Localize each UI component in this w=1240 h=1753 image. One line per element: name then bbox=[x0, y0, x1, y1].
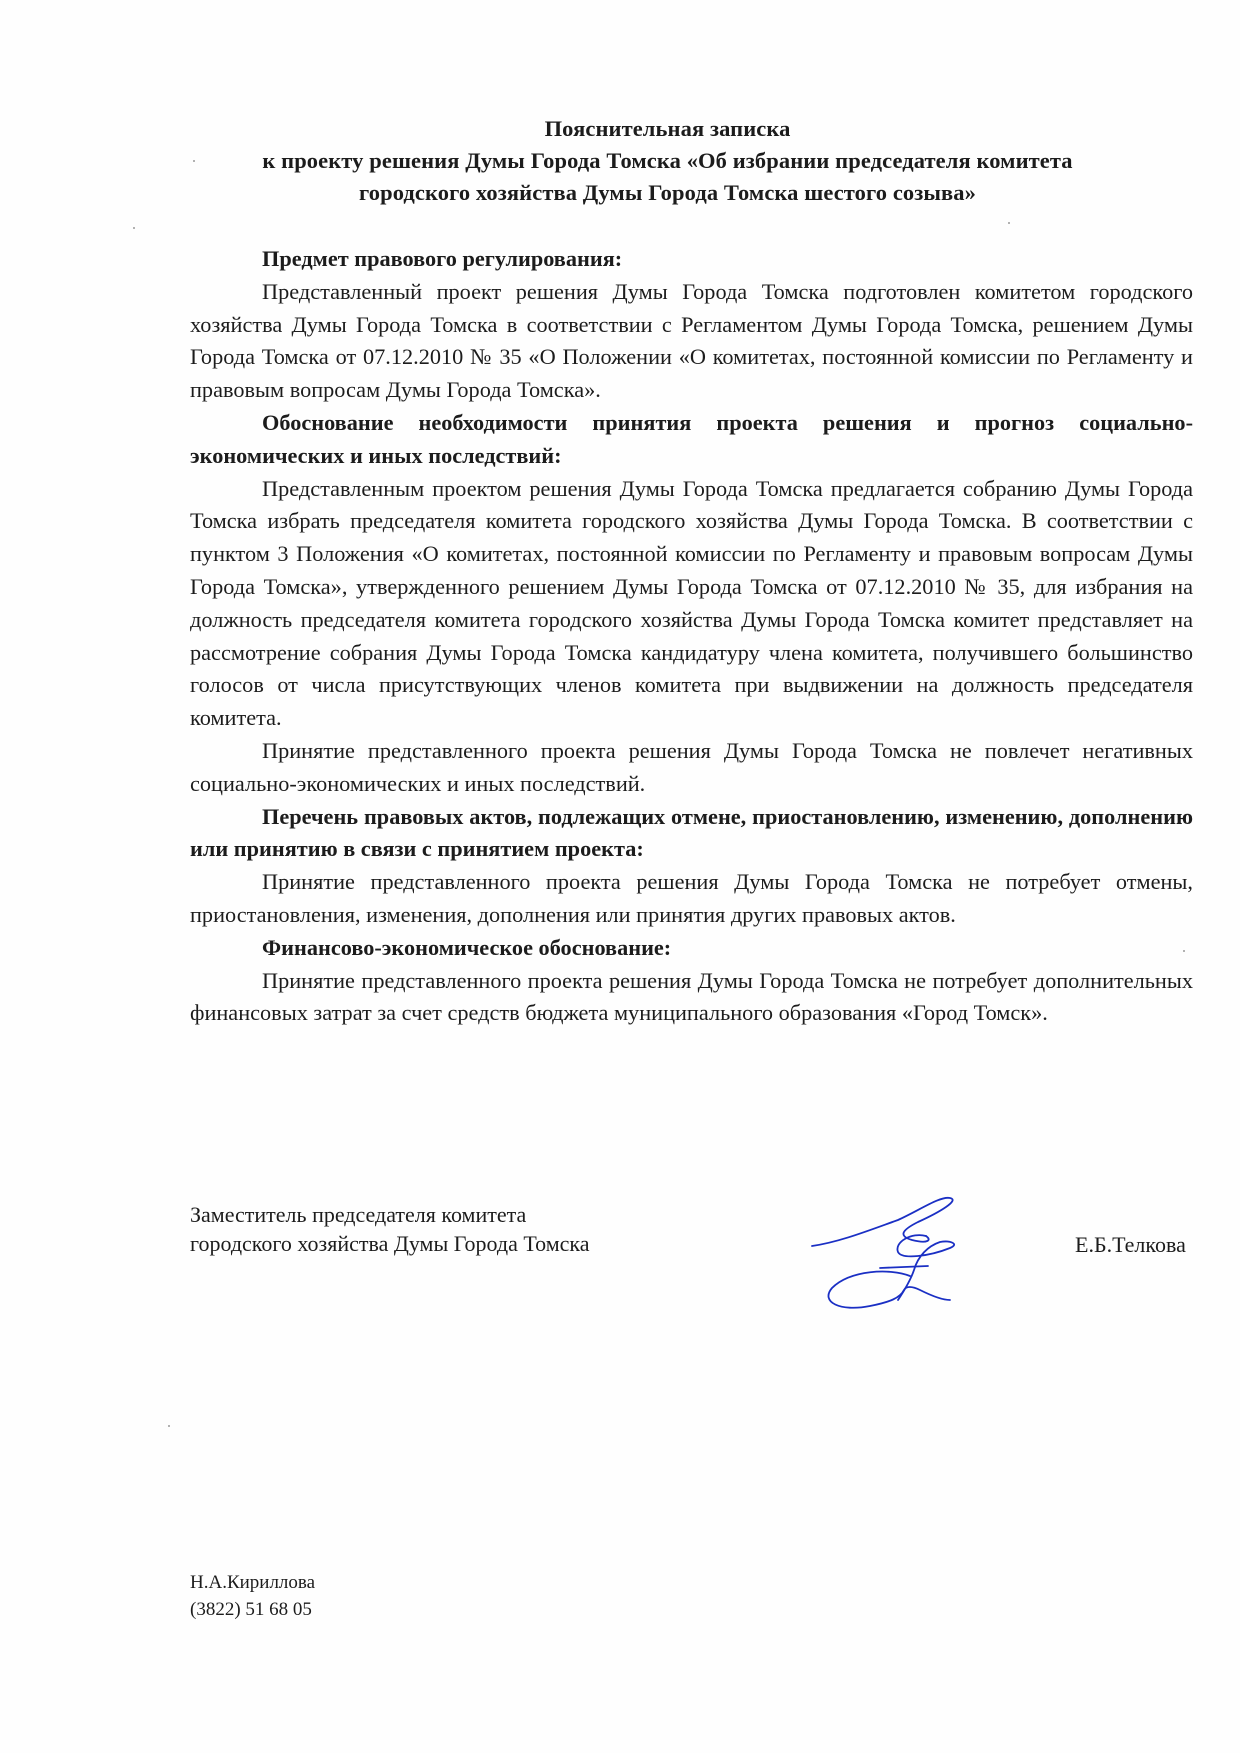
executor-name: Н.А.Кириллова bbox=[190, 1569, 315, 1596]
executor-phone: (3822) 51 68 05 bbox=[190, 1596, 315, 1623]
scan-speck bbox=[168, 1425, 170, 1427]
signatory-position-line-2: городского хозяйства Думы Города Томска bbox=[190, 1229, 590, 1258]
document-title: Пояснительная записка к проекту решения … bbox=[190, 113, 1145, 209]
section-heading-financial: Финансово-экономическое обоснование: bbox=[190, 932, 1193, 965]
section-heading-legal-subject: Предмет правового регулирования: bbox=[190, 243, 1193, 276]
title-line-2: к проекту решения Думы Города Томска «Об… bbox=[190, 145, 1145, 177]
document-body: Предмет правового регулирования: Предста… bbox=[190, 243, 1193, 1030]
section-heading-legal-acts-list: Перечень правовых актов, подлежащих отме… bbox=[190, 801, 1193, 867]
handwritten-signature-icon bbox=[800, 1190, 1000, 1320]
scan-speck bbox=[133, 227, 135, 229]
executor-info: Н.А.Кириллова (3822) 51 68 05 bbox=[190, 1569, 315, 1623]
section-paragraph: Представленным проектом решения Думы Гор… bbox=[190, 473, 1193, 735]
signatory-position-line-1: Заместитель председателя комитета bbox=[190, 1200, 590, 1229]
signatory-position: Заместитель председателя комитета городс… bbox=[190, 1200, 590, 1258]
scan-speck bbox=[1008, 222, 1010, 224]
section-paragraph: Представленный проект решения Думы Город… bbox=[190, 276, 1193, 407]
title-line-1: Пояснительная записка bbox=[190, 113, 1145, 145]
section-paragraph: Принятие представленного проекта решения… bbox=[190, 866, 1193, 932]
title-line-3: городского хозяйства Думы Города Томска … bbox=[190, 177, 1145, 209]
document-page: Пояснительная записка к проекту решения … bbox=[0, 0, 1240, 1753]
section-heading-justification: Обоснование необходимости принятия проек… bbox=[190, 407, 1193, 473]
section-paragraph: Принятие представленного проекта решения… bbox=[190, 735, 1193, 801]
section-paragraph: Принятие представленного проекта решения… bbox=[190, 965, 1193, 1031]
signer-name: Е.Б.Телкова bbox=[1075, 1232, 1186, 1258]
